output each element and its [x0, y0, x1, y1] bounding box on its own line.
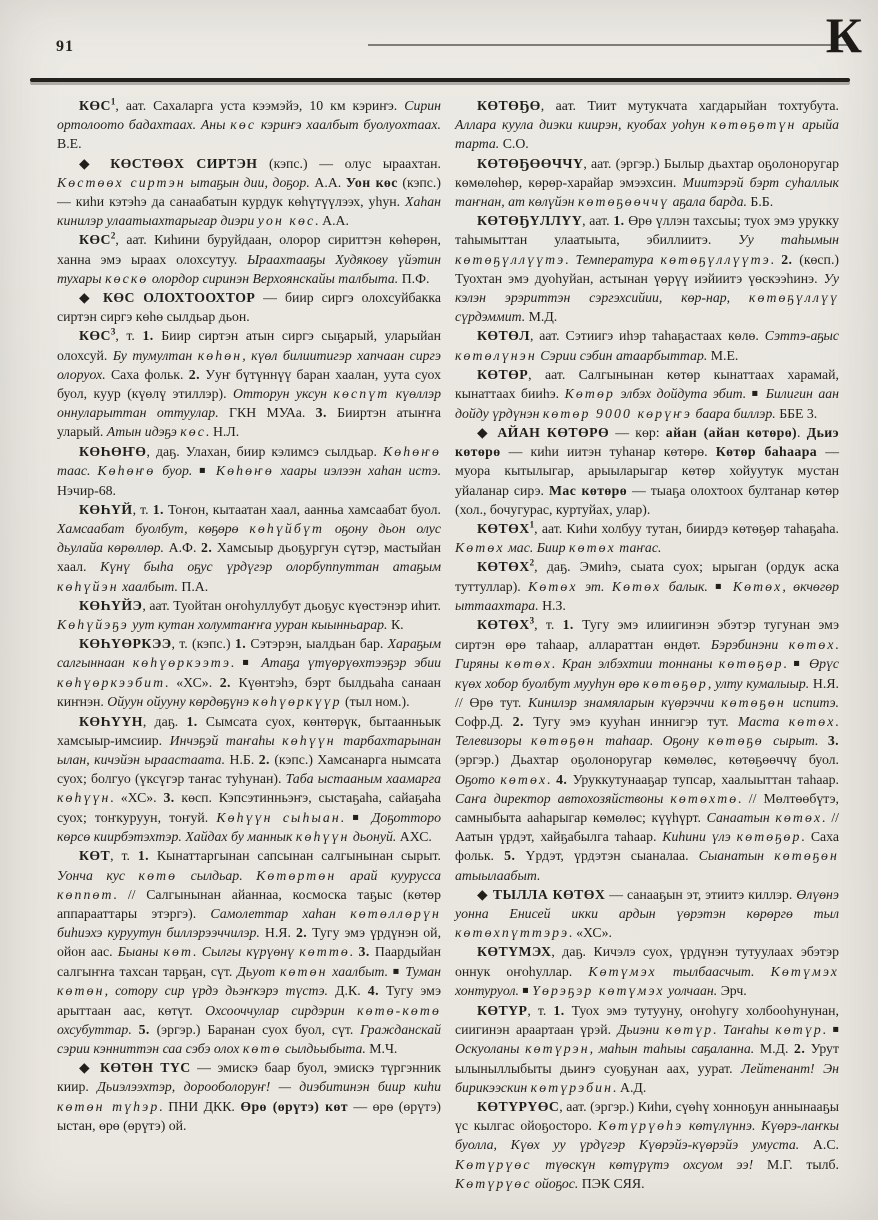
example-italic: эт.: [578, 579, 612, 594]
keyword-spaced-italic: көтөҕөн: [531, 733, 596, 748]
definition-text: Н.З.: [542, 598, 566, 613]
definition-text: — киһи иитэн туһанар көтөрө.: [501, 444, 716, 459]
example-italic: атыылаабыт.: [455, 868, 540, 883]
keyword-spaced-italic: көтүр: [775, 1022, 823, 1037]
headword-text: 2.: [259, 752, 270, 767]
definition-text: Д.К.: [335, 983, 368, 998]
definition-text: А.С.: [813, 1137, 839, 1152]
example-italic: Бэрэбинэни: [711, 637, 789, 652]
keyword-spaced-italic: Көтөх: [455, 540, 505, 555]
keyword-spaced-italic: көтөллөрүн: [350, 906, 441, 921]
headword-text: 3.: [163, 790, 174, 805]
headword-text: КӨҺҮЙЭ: [79, 598, 142, 613]
example-italic: таас.: [57, 463, 97, 478]
headword-text: 3.: [359, 944, 370, 959]
definition-text: , т.: [133, 502, 153, 517]
keyword-spaced-italic: көһүүн: [282, 733, 336, 748]
keyword-spaced-italic: көһүүн: [296, 829, 350, 844]
example-italic: испитэ.: [786, 695, 839, 710]
example-italic: , маһын таһыы саҕаланна.: [590, 1041, 760, 1056]
example-italic: таҥас.: [616, 540, 662, 555]
definition-text: Н.Б.: [229, 752, 258, 767]
example-italic: [209, 463, 216, 478]
headword-text: 4.: [556, 772, 567, 787]
definition-text: «ХС».: [576, 925, 612, 940]
definition-text: Сэтэрэн, ыалдьан бар.: [246, 636, 388, 651]
example-square-marker: ■: [752, 389, 760, 400]
headword-text: КӨТӨҔӨӨЧЧҮ: [477, 156, 583, 171]
example-italic: уолчаан.: [665, 983, 721, 998]
headword-text: 1.: [142, 328, 153, 343]
example-italic: хаалбыт.: [328, 964, 393, 979]
example-italic: тылбаасчыт.: [657, 964, 771, 979]
keyword-spaced-italic: көһүүн: [57, 790, 111, 805]
definition-text: , аат.: [582, 213, 613, 228]
definition-text: «ХС».: [121, 790, 164, 805]
definition-text: (кэпс.) — олус ыраахтан.: [257, 156, 441, 171]
example-square-marker: ■: [393, 966, 401, 977]
dictionary-entry: КӨС3, т. 1. Биир сиртэн атын сиргэ сыҕар…: [57, 326, 441, 441]
definition-text: Нэчир-68.: [57, 483, 116, 498]
keyword-spaced-italic: Көһөҥө: [216, 463, 274, 478]
example-italic: сүрдэммит.: [455, 309, 529, 324]
definition-text: А.А.: [314, 175, 345, 190]
example-italic: биһиэхэ куруутун биллэрээччилэр.: [57, 925, 265, 940]
example-italic: сырыт.: [764, 733, 828, 748]
definition-text: М.Ч.: [369, 1041, 397, 1056]
definition-text: М.Г. тылб.: [767, 1157, 839, 1172]
headword-text: 1.: [235, 636, 246, 651]
definition-text: С.О.: [503, 136, 529, 151]
example-italic: . Температура: [565, 252, 660, 267]
keyword-spaced-italic: көтөҕөр: [643, 676, 708, 691]
example-italic: Таба ыстааным хаамарга: [286, 771, 441, 786]
page-header: 91 К: [0, 0, 878, 84]
example-italic: Самолеттар хаһан: [210, 906, 350, 921]
example-italic: Бу тумултан: [113, 348, 198, 363]
keyword-spaced-italic: көтөх: [789, 637, 836, 652]
keyword-spaced-italic: көтө: [139, 868, 178, 883]
example-italic: олордор сиринэн Верхоянскайы талбыта.: [148, 271, 401, 286]
headword-text: 2.: [201, 540, 212, 555]
headword-text: 4.: [368, 983, 379, 998]
definition-text: — санааҕын эт, этиитэ киллэр.: [605, 887, 796, 902]
example-italic: Ойуун ойууну көрдөҕүнэ: [107, 694, 252, 709]
headword-text: айан (айан көтөрө): [666, 425, 797, 440]
keyword-spaced-italic: көтөҕөтүн: [711, 117, 797, 132]
keyword-spaced-italic: Көтүмэх: [771, 964, 839, 979]
keyword-spaced-italic: Көһөҥө: [97, 463, 155, 478]
example-italic: .: [613, 1080, 620, 1095]
headword-text: 1.: [186, 714, 197, 729]
keyword-spaced-italic: көтөҕөр: [737, 829, 802, 844]
dictionary-entry: КӨТҮР, т. 1. Туох эмэ тутууну, оҥоһугу х…: [455, 1001, 839, 1098]
keyword-spaced-italic: көттө: [299, 944, 350, 959]
headword-text: КӨТӨХ: [477, 521, 530, 536]
keyword-spaced-italic: көтөлүнэн: [455, 348, 537, 363]
example-italic: түөскүн көтүрүтэ охсуом ээ!: [532, 1157, 767, 1172]
example-italic: элбэх дойдута эбит.: [615, 386, 752, 401]
dictionary-entry: КӨҺҮӨРКЭЭ, т. (кэпс.) 1. Сэтэрэн, ыалдьа…: [57, 634, 441, 711]
keyword-spaced-italic: көһөн: [198, 348, 243, 363]
example-italic: арай куурусса: [336, 868, 441, 883]
keyword-spaced-italic: Көтүрүөһэ: [598, 1118, 684, 1133]
example-italic: .: [114, 887, 128, 902]
definition-text: «ХС».: [176, 675, 219, 690]
definition-text: К.: [391, 617, 404, 632]
headword-text: КӨТӨХ: [477, 559, 530, 574]
example-italic: Дьиэни: [617, 1022, 665, 1037]
headword-text: 2.: [781, 252, 792, 267]
keyword-spaced-italic: көтөҕөөччү: [578, 194, 669, 209]
headword-text: Өрө (өрүтэ) көт: [240, 1099, 348, 1114]
definition-text: В.Е.: [57, 136, 82, 151]
definition-text: Н.Л.: [213, 424, 239, 439]
definition-text: , аат. Туойтан оҥоһуллубут дьоҕус күөстэ…: [142, 598, 441, 613]
headword-text: 5.: [504, 848, 515, 863]
definition-text: , т.: [110, 848, 138, 863]
headword-text: КӨТӨХ: [477, 617, 530, 632]
definition-text: П.Ф.: [402, 271, 430, 286]
headword-text: ◆ КӨТӨН ТҮС: [79, 1060, 191, 1075]
example-italic: Уу таһымын: [738, 232, 839, 247]
definition-text: ГКН МУАа.: [229, 405, 316, 420]
keyword-spaced-italic: көтөҕөн: [774, 848, 839, 863]
keyword-spaced-italic: көтөҕөн: [721, 695, 786, 710]
headword-text: 1.: [153, 502, 164, 517]
keyword-spaced-italic: көһүйбүт: [249, 521, 324, 536]
example-italic: охсубуттар.: [57, 1022, 139, 1037]
example-italic: уут кутан холумтаҥҥа ууран кыынньарар.: [129, 617, 391, 632]
dictionary-entry: КӨС2, аат. Киһини буруйдаан, олорор сири…: [57, 230, 441, 288]
keyword-spaced-italic: көппөт: [57, 887, 114, 902]
keyword-spaced-italic: Көтүрүөс: [455, 1157, 532, 1172]
example-italic: Саҥа директор автохозяйствоны: [455, 791, 670, 806]
example-italic: .: [771, 252, 781, 267]
example-italic: Оскуоланы: [455, 1041, 525, 1056]
keyword-spaced-italic: Көһүүн сыһыан: [216, 810, 341, 825]
keyword-spaced-italic: Көтөр: [565, 386, 615, 401]
dictionary-entry: КӨТ, т. 1. Кынаттаргынан сапсынан салгын…: [57, 846, 441, 1058]
definition-text: Уруккутунааҕар тупсар, хаалыыттан таһаар…: [567, 772, 839, 787]
keyword-spaced-italic: көһүйэн: [57, 579, 119, 594]
dictionary-entry: КӨҺӨҤӨ, даҕ. Улахан, биир кэлимсэ сылдьа…: [57, 442, 441, 500]
keyword-spaced-italic: көскө: [105, 271, 148, 286]
keyword-spaced-italic: көтүрэбин: [531, 1080, 613, 1095]
example-italic: Дьуот: [237, 964, 280, 979]
headword-text: 2.: [189, 367, 200, 382]
keyword-spaced-italic: көтөхтө: [670, 791, 738, 806]
keyword-spaced-italic: көтөн: [57, 983, 105, 998]
example-italic: хаары иэлээн хаһан истэ.: [274, 463, 441, 478]
definition-text: , т.: [527, 1003, 553, 1018]
example-italic: .: [206, 424, 213, 439]
example-italic: дьонуй.: [349, 829, 399, 844]
definition-text: (тыл ном.).: [342, 694, 410, 709]
definition-text: А.А.: [322, 213, 349, 228]
headword-text: Көтөр баһаара: [716, 444, 817, 459]
example-italic: Маста: [738, 714, 789, 729]
definition-text: Үрдэт, үрдэтэн сыаналаа.: [515, 848, 698, 863]
example-italic: Санаатын: [707, 810, 776, 825]
definition-text: , т. (кэпс.): [171, 636, 234, 651]
section-letter: К: [826, 10, 862, 60]
headword-text: КӨҺҮЙ: [79, 502, 133, 517]
keyword-spaced-italic: Көһөҥө: [383, 444, 441, 459]
dictionary-entry: ◆ КӨС ОЛОХТООХТОР — биир сиргэ олохсуйба…: [57, 288, 441, 326]
headword-text: ◆ ТЫЛЛА КӨТӨХ: [477, 887, 605, 902]
example-italic: буор.: [155, 463, 199, 478]
dictionary-entry: КӨС1, аат. Сахаларга уста кээмэйэ, 10 км…: [57, 96, 441, 154]
headword-text: 1.: [553, 1003, 564, 1018]
keyword-spaced-italic: Көтөх: [612, 579, 662, 594]
dictionary-entry: КӨТӨХ2, даҕ. Эмиһэ, сыата суох; ырыган (…: [455, 557, 839, 615]
keyword-spaced-italic: көт: [164, 944, 194, 959]
keyword-spaced-italic: Көтөх: [528, 579, 578, 594]
definition-text: Эрч.: [721, 983, 747, 998]
definition-text: Кынаттаргынан сапсынан салгынынан сырыт.: [149, 848, 441, 863]
example-italic: Туман: [401, 964, 441, 979]
definition-text: П.А.: [181, 579, 208, 594]
example-italic: .: [341, 810, 353, 825]
dictionary-entry: ◆ КӨТӨН ТҮС — эмискэ баар буол, эмискэ т…: [57, 1058, 441, 1135]
definition-text: .: [797, 425, 807, 440]
keyword-spaced-italic: көһүөркээбит: [57, 675, 165, 690]
example-italic: [725, 579, 732, 594]
headword-text: 1.: [613, 213, 624, 228]
headword-text: КӨҺҮӨРКЭЭ: [79, 636, 171, 651]
keyword-spaced-italic: көтөх: [569, 540, 616, 555]
headword-text: Мас көтөрө: [549, 483, 627, 498]
headword-text: КӨТҮРҮӨС: [477, 1099, 559, 1114]
headword-text: 1.: [138, 848, 149, 863]
keyword-spaced-italic: көтөх: [500, 772, 547, 787]
example-square-marker: ■: [199, 465, 209, 476]
definition-text: А.Ф.: [169, 540, 201, 555]
example-italic: Дьиэлээхтэр, дорооболоруҥ! — диэбитинэн …: [97, 1079, 441, 1094]
example-italic: . Сылгы күрүөнү: [193, 944, 299, 959]
keyword-spaced-italic: көтүр: [666, 1022, 714, 1037]
example-square-marker: ■: [715, 581, 725, 592]
dictionary-entry: ◆ АЙАН КӨТӨРӨ — көр: айан (айан көтөрө).…: [455, 423, 839, 519]
dictionary-entry: КӨТӨҔӨӨЧЧҮ, аат. (эргэр.) Былыр дьахтар …: [455, 154, 839, 212]
keyword-spaced-italic: көспүт: [333, 386, 389, 401]
keyword-spaced-italic: Көтөх: [733, 579, 783, 594]
headword-text: Уон көс: [346, 175, 398, 190]
example-italic: Сыанатын: [699, 848, 775, 863]
dictionary-entry: КӨҺҮЙ, т. 1. Тоҥон, кытаатан хаал, ааннь…: [57, 500, 441, 596]
example-italic: Инчэҕэй таҥаһы: [170, 733, 283, 748]
example-italic: хонтуруол.: [455, 983, 522, 998]
dictionary-entry: ◆ ТЫЛЛА КӨТӨХ — санааҕын эт, этиитэ килл…: [455, 885, 839, 943]
example-italic: . Кран элбэхтии тоннаны: [552, 656, 719, 671]
example-italic: ытаҕын дии, доҕор.: [186, 175, 315, 190]
keyword-spaced-italic: көс: [180, 424, 206, 439]
definition-text: ПЭК СЯЯ.: [582, 1176, 645, 1191]
example-italic: Кинилэр знамяларын күөрэччи: [528, 695, 721, 710]
example-italic: Атаҕа үтүөрүөхтээҕэр эбии: [253, 655, 441, 670]
keyword-spaced-italic: көтөҕүллүү: [749, 290, 839, 305]
example-italic: Киһини үлэ: [662, 829, 736, 844]
keyword-spaced-italic: Үөрэҕэр көтүмэх: [532, 983, 664, 998]
keyword-spaced-italic: көтөн түһэр: [57, 1099, 159, 1114]
keyword-spaced-italic: көтөҕүллүүтэ: [661, 252, 771, 267]
definition-text: ББЕ 3.: [779, 406, 817, 421]
headword-text: 2.: [220, 675, 231, 690]
example-square-marker: ■: [242, 658, 253, 669]
keyword-spaced-italic: көтөҕө: [708, 733, 764, 748]
keyword-spaced-italic: көтөҕөр: [719, 656, 784, 671]
dictionary-entry: КӨҺҮҮН, даҕ. 1. Сымсата суох, көнтөрүк, …: [57, 712, 441, 847]
definition-text: , даҕ.: [143, 714, 187, 729]
headword-text: КӨС: [79, 328, 111, 343]
keyword-spaced-italic: көс: [230, 117, 256, 132]
example-italic: .: [165, 675, 176, 690]
example-italic: Аллара куула диэки киирэн, куобах уоһун: [455, 117, 711, 132]
headword-text: ◆ КӨС ОЛОХТООХТОР: [79, 290, 255, 305]
definition-text: , аат. Тиит мутукчата хагдарыйан тохтубу…: [541, 98, 839, 113]
keyword-spaced-italic: көтөн: [280, 964, 328, 979]
example-italic: кэриҥэ хаалбыт буолуохтаах.: [256, 117, 441, 132]
dictionary-entry: КӨТҮМЭХ, даҕ. Кичэлэ суох, үрдүнэн тутуу…: [455, 942, 839, 1000]
dictionary-entry: КӨТӨҔҮЛЛҮҮ, аат. 1. Өрө үллэн тахсыы; ту…: [455, 211, 839, 326]
definition-text: , аат. Сахаларга уста кээмэйэ, 10 км кэр…: [115, 98, 404, 113]
headword-text: КӨТӨҔӨ: [477, 98, 541, 113]
headword-text: КӨТӨР: [477, 367, 528, 382]
example-italic: Охсооччулар сирдэрин: [205, 1003, 357, 1018]
headword-text: 5.: [139, 1022, 150, 1037]
example-italic: .: [111, 790, 121, 805]
definition-text: (эргэр.) Баранан суох буол, сүт.: [150, 1022, 360, 1037]
example-italic: .: [822, 810, 831, 825]
keyword-spaced-italic: Көтүрүөс: [455, 1176, 532, 1191]
example-italic: . Таҥаһы: [713, 1022, 775, 1037]
example-italic: Быаны: [118, 944, 164, 959]
keyword-spaced-italic: Көстөөх сиртэн: [57, 175, 186, 190]
headword-text: КӨС: [79, 232, 111, 247]
example-italic: сылдьыбыта.: [282, 1041, 370, 1056]
header-rule: [30, 78, 850, 82]
dictionary-entry: ◆ КӨСТӨӨХ СИРТЭН (кэпс.) — олус ыраахтан…: [57, 154, 441, 231]
headword-text: КӨҺӨҤӨ: [79, 444, 146, 459]
example-italic: таһаар. Оҕону: [596, 733, 708, 748]
definition-text: , т.: [115, 328, 142, 343]
example-italic: сылдьар.: [177, 868, 256, 883]
example-italic: .: [350, 944, 359, 959]
definition-text: (эргэр.) Дьахтар оҕолоноругар көмөлөс, к…: [455, 752, 839, 767]
example-square-marker: ■: [522, 985, 528, 996]
example-italic: .: [159, 1099, 168, 1114]
keyword-spaced-italic: көтө-көтө: [357, 1003, 441, 1018]
definition-text: Софр.Д.: [455, 714, 513, 729]
dictionary-entry: КӨТҮРҮӨС, аат. (эргэр.) Киһи, сүөһү хонн…: [455, 1097, 839, 1193]
example-italic: .: [784, 656, 794, 671]
definition-text: Б.Б.: [750, 194, 773, 209]
definition-text: М.Е.: [711, 348, 739, 363]
definition-text: АХС.: [400, 829, 432, 844]
definition-text: , даҕ. Улахан, биир кэлимсэ сылдьар.: [146, 444, 383, 459]
example-italic: .: [231, 655, 242, 670]
keyword-spaced-italic: көһүөркээтэ: [133, 655, 231, 670]
definition-text: Н.Я.: [265, 925, 296, 940]
example-italic: , улту кумалыыр.: [708, 676, 813, 691]
dictionary-entry: КӨТӨХ3, т. 1. Тугу эмэ илиигинэн эбэтэр …: [455, 615, 839, 884]
keyword-spaced-italic: көтөх: [775, 810, 822, 825]
dictionary-entry: КӨТӨР, аат. Салгынынан көтөр кынаттаах х…: [455, 365, 839, 423]
text-columns: КӨС1, аат. Сахаларга уста кээмэйэ, 10 км…: [57, 96, 839, 1190]
example-italic: Атын идэҕэ: [107, 424, 180, 439]
definition-text: А.Д.: [620, 1080, 646, 1095]
keyword-spaced-italic: көтөх: [505, 656, 552, 671]
example-italic: Сэрии сэбин атаарбыттар.: [537, 348, 711, 363]
definition-text: М.Д.: [760, 1041, 794, 1056]
keyword-spaced-italic: Көтөртөн: [256, 868, 336, 883]
headword-text: 3.: [316, 405, 327, 420]
example-italic: ойоҕос.: [532, 1176, 582, 1191]
keyword-spaced-italic: Көтүмэх: [588, 964, 656, 979]
definition-text: — көр:: [609, 425, 666, 440]
headword-text: 2.: [513, 714, 524, 729]
definition-text: М.Д.: [529, 309, 558, 324]
example-italic: Сэттэ-аҕыс: [765, 328, 839, 343]
definition-text: , аат. Сэтиигэ иһэр таһаҕастаах көлө.: [530, 328, 765, 343]
example-italic: баара биллэр.: [692, 406, 779, 421]
headword-text: 1.: [563, 617, 574, 632]
dictionary-entry: КӨТӨХ1, аат. Киһи холбуу тутан, биирдэ к…: [455, 519, 839, 557]
example-italic: .: [547, 772, 556, 787]
example-italic: .: [802, 829, 811, 844]
example-italic: Күнү быһа оҕус үрдүгэр олорбуппуттан ата…: [100, 559, 441, 574]
page-number: 91: [56, 38, 74, 56]
example-italic: мас. Биир: [505, 540, 569, 555]
headword-text: КӨС: [79, 98, 111, 113]
headword-text: 2.: [794, 1041, 805, 1056]
dictionary-entry: КӨТӨҔӨ, аат. Тиит мутукчата хагдарыйан т…: [455, 96, 839, 154]
headword-text: 2.: [296, 925, 307, 940]
definition-text: , т.: [534, 617, 562, 632]
keyword-spaced-italic: көтөх: [789, 714, 836, 729]
keyword-spaced-italic: көтүрэн: [525, 1041, 590, 1056]
definition-text: Саха фольк.: [111, 367, 189, 382]
headword-text: КӨҺҮҮН: [79, 714, 143, 729]
keyword-spaced-italic: көһүөркүүр: [253, 694, 342, 709]
example-italic: .: [738, 791, 748, 806]
example-italic: балык.: [661, 579, 715, 594]
definition-text: ПНИ ДКК.: [168, 1099, 240, 1114]
headword-text: КӨТ: [79, 848, 110, 863]
example-square-marker: ■: [793, 658, 802, 669]
keyword-spaced-italic: көтөр 9000 көрүҥэ: [543, 406, 692, 421]
headword-text: КӨТӨЛ: [477, 328, 530, 343]
headword-text: КӨТҮР: [477, 1003, 527, 1018]
dictionary-entry: КӨҺҮЙЭ, аат. Туойтан оҥоһуллубут дьоҕус …: [57, 596, 441, 634]
definition-text: Тугу эмэ кууһан иннигэр тут.: [524, 714, 738, 729]
column-left: КӨС1, аат. Сахаларга уста кээмэйэ, 10 км…: [57, 96, 441, 1190]
example-italic: аҕала барда.: [669, 194, 750, 209]
keyword-spaced-italic: Көһүйэҕэ: [57, 617, 129, 632]
example-italic: Хамсаабат буолбут, көҕөрө: [57, 521, 249, 536]
keyword-spaced-italic: уон көс: [258, 213, 316, 228]
headword-text: ◆ АЙАН КӨТӨРӨ: [477, 425, 609, 440]
example-square-marker: ■: [352, 812, 363, 823]
definition-text: Тоҥон, кытаатан хаал, аанньа хамсаабат б…: [164, 502, 441, 517]
keyword-spaced-italic: көтөхпүттэрэ: [455, 925, 569, 940]
example-italic: .: [823, 1022, 833, 1037]
example-italic: Уонча кус: [57, 868, 139, 883]
keyword-spaced-italic: көтө: [243, 1041, 282, 1056]
dictionary-entry: КӨТӨЛ, аат. Сэтиигэ иһэр таһаҕастаах көл…: [455, 326, 839, 364]
headword-text: КӨТӨҔҮЛЛҮҮ: [477, 213, 582, 228]
